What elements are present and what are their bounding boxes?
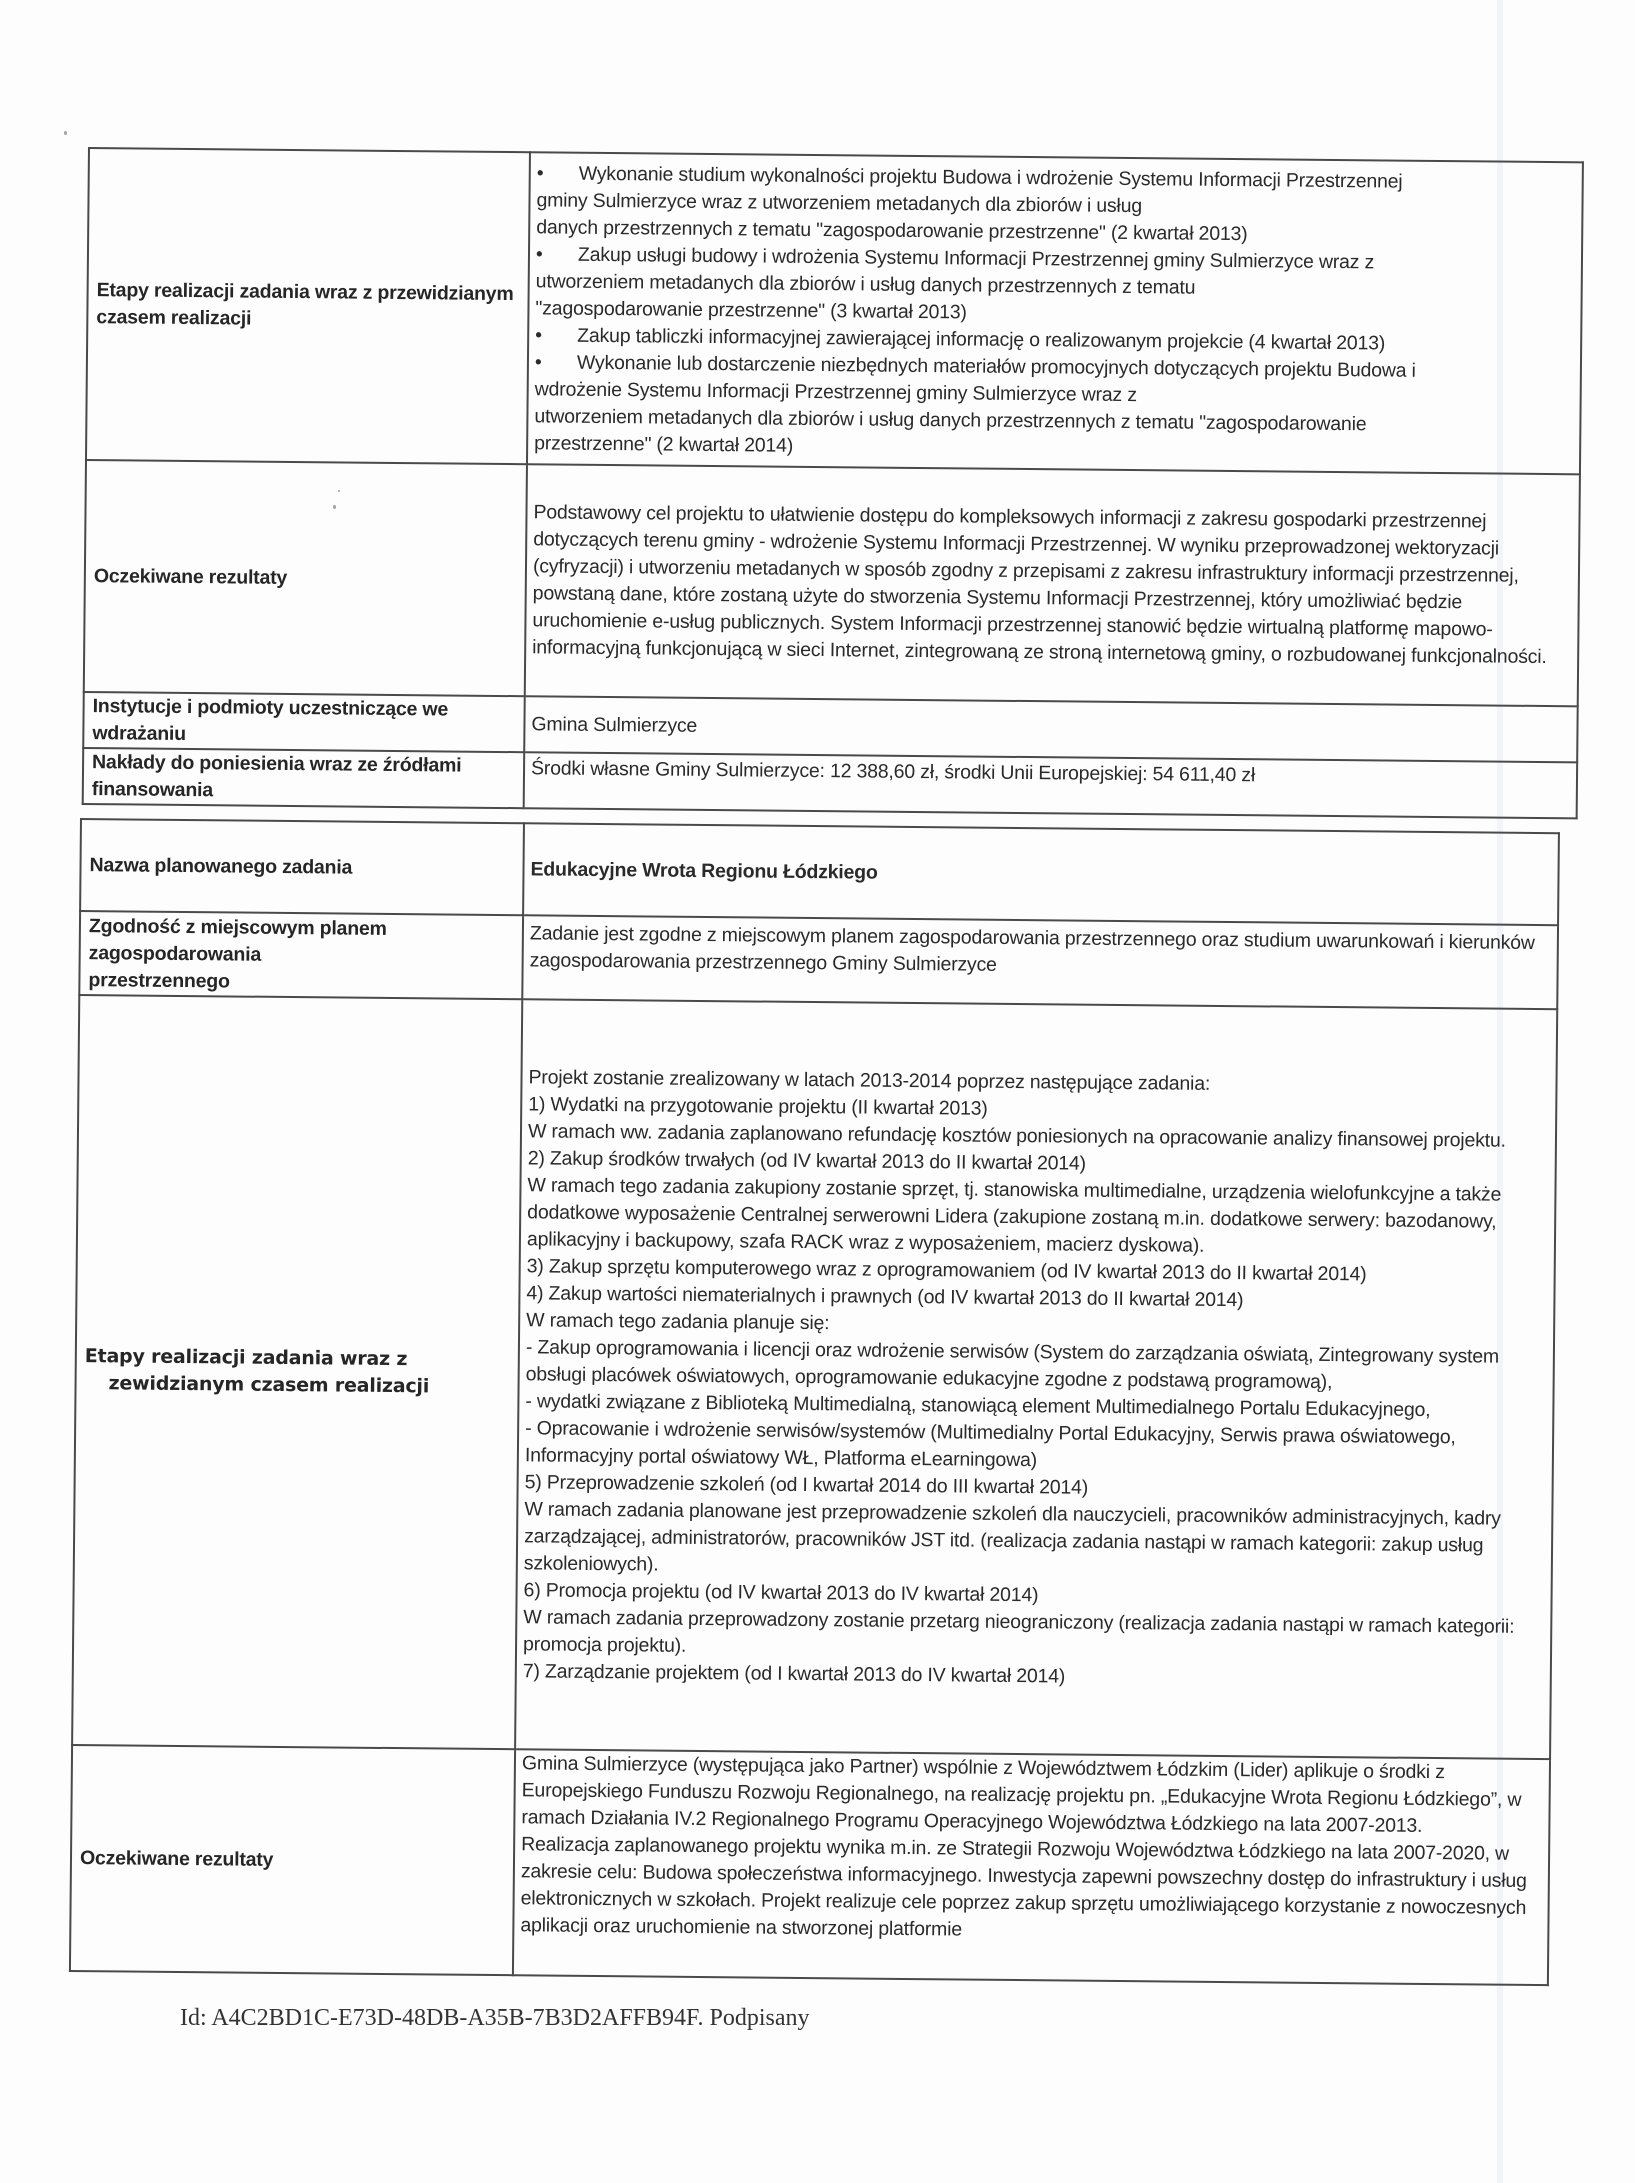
row-label-institutions: Instytucje i podmioty uczestniczące we w… bbox=[83, 692, 525, 752]
stages-line: W ramach zadania przeprowadzony zostanie… bbox=[523, 1604, 1540, 1668]
bullet-item: •Wykonanie studium wykonalności projektu… bbox=[536, 160, 1572, 251]
row-label-task-name: Nazwa planowanego zadania bbox=[80, 819, 524, 915]
bullet-item: •Wykonanie lub dostarczenie niezbędnych … bbox=[534, 349, 1570, 467]
stages-line: - Zakup oprogramowania i licencji oraz w… bbox=[526, 1334, 1543, 1398]
task-table-spatial-information-system: Etapy realizacji zadania wraz z przewidz… bbox=[82, 147, 1584, 819]
bullet-icon: • bbox=[535, 349, 577, 376]
task-name-value: Edukacyjne Wrota Regionu Łódzkiego bbox=[523, 823, 1559, 925]
stages-line: W ramach tego zadania zakupiony zostanie… bbox=[527, 1172, 1545, 1263]
table-row-task-name: Nazwa planowanego zadania Edukacyjne Wro… bbox=[80, 819, 1559, 925]
scan-speck bbox=[64, 131, 67, 135]
table-row-expected-results: Oczekiwane rezultaty Gmina Sulmierzyce (… bbox=[70, 1745, 1550, 1985]
row-label-funding: Nakłady do poniesienia wraz ze źródłami … bbox=[83, 748, 525, 808]
document-id-footer: Id: A4C2BD1C-E73D-48DB-A35B-7B3D2AFFB94F… bbox=[180, 2005, 809, 2032]
bullet-icon: • bbox=[537, 160, 579, 187]
bullet-icon: • bbox=[535, 322, 577, 349]
row-label-plan-compliance: Zgodność z miejscowym planem zagospodaro… bbox=[79, 911, 523, 999]
funding-text: Środki własne Gminy Sulmierzyce: 12 388,… bbox=[524, 752, 1577, 818]
institutions-text: Gmina Sulmierzyce bbox=[524, 696, 1577, 762]
stages-list: Projekt zostanie zrealizowany w latach 2… bbox=[515, 999, 1557, 1759]
table-row-plan-compliance: Zgodność z miejscowym planem zagospodaro… bbox=[79, 911, 1558, 1009]
table-row-stages: Etapy realizacji zadania wraz z przewidz… bbox=[86, 148, 1583, 474]
row-label-stages: Etapy realizacji zadania wraz z zewidzia… bbox=[72, 995, 522, 1749]
stages-line: W ramach zadania planowane jest przeprow… bbox=[524, 1496, 1542, 1587]
stages-bullet-list: •Wykonanie studium wykonalności projektu… bbox=[527, 152, 1583, 474]
row-label-expected-results: Oczekiwane rezultaty bbox=[84, 460, 527, 696]
task-table-educational-gates: Nazwa planowanego zadania Edukacyjne Wro… bbox=[69, 818, 1560, 1986]
table-row-stages: Etapy realizacji zadania wraz z zewidzia… bbox=[72, 995, 1557, 1759]
expected-results-text: Gmina Sulmierzyce (występująca jako Part… bbox=[513, 1749, 1550, 1985]
stages-line: - Opracowanie i wdrożenie serwisów/syste… bbox=[525, 1415, 1542, 1479]
plan-compliance-text: Zadanie jest zgodne z miejscowym planem … bbox=[522, 915, 1558, 1009]
row-label-stages: Etapy realizacji zadania wraz z przewidz… bbox=[86, 148, 530, 464]
bullet-item: •Zakup usługi budowy i wdrożenia Systemu… bbox=[535, 241, 1571, 332]
bullet-icon: • bbox=[536, 241, 578, 268]
table-row-expected-results: Oczekiwane rezultaty Podstawowy cel proj… bbox=[84, 460, 1580, 706]
row-label-expected-results: Oczekiwane rezultaty bbox=[70, 1745, 515, 1975]
expected-results-text: Podstawowy cel projektu to ułatwienie do… bbox=[525, 464, 1580, 706]
